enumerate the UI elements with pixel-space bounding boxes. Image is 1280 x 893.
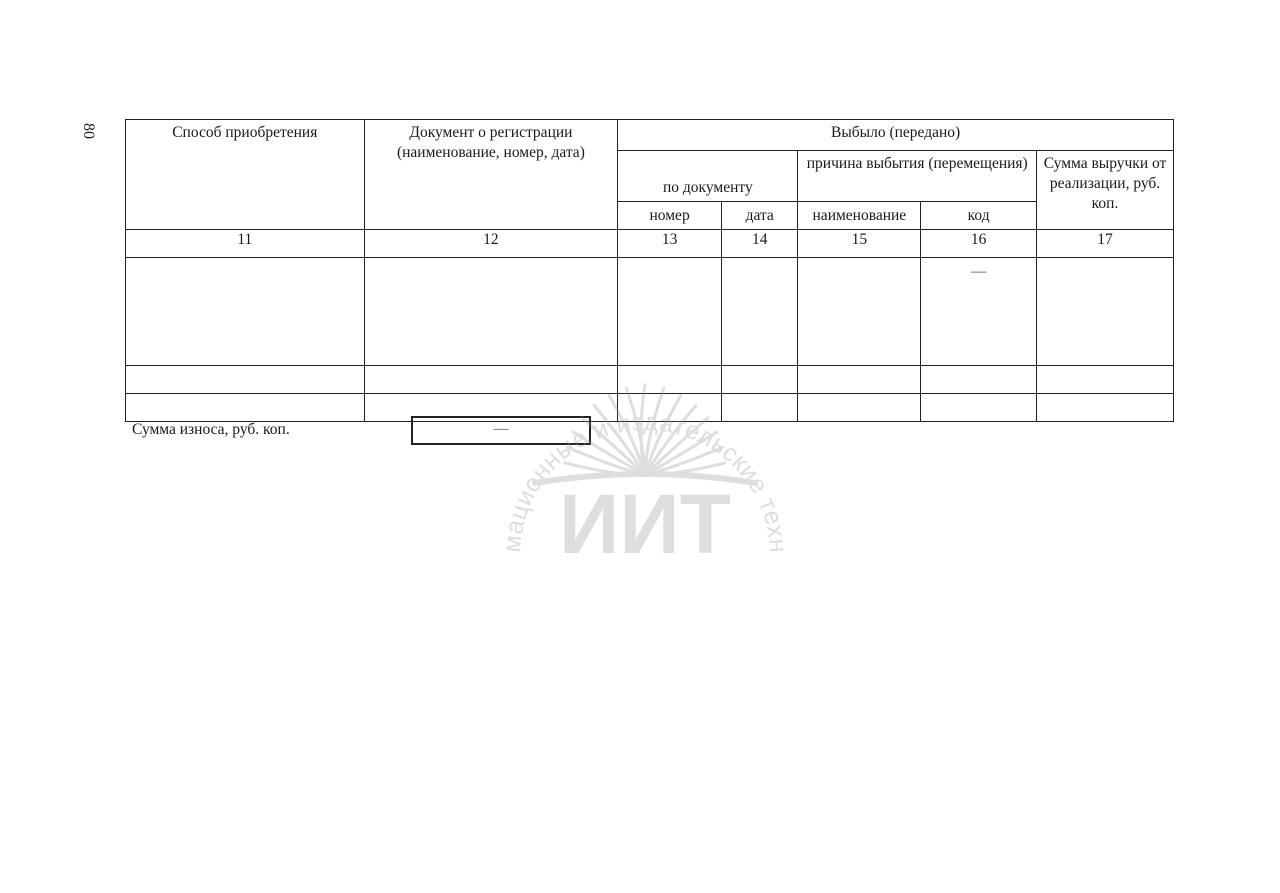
wear-amount-label: Сумма износа, руб. коп. <box>132 421 290 439</box>
cell-revenue[interactable] <box>1037 394 1174 422</box>
column-numbers-row: 11 12 13 14 15 16 17 <box>126 230 1174 258</box>
column-number: 14 <box>721 230 798 258</box>
header-by-document: по документу <box>618 151 798 202</box>
header-registration-document: Документ о регистрации (наименование, но… <box>364 120 618 230</box>
header-doc-number: номер <box>618 202 722 230</box>
cell-reason-code[interactable] <box>921 366 1037 394</box>
cell-doc-date[interactable] <box>721 258 798 366</box>
table-row <box>126 394 1174 422</box>
cell-acquisition-method[interactable] <box>126 366 365 394</box>
header-reason-name: наименование <box>798 202 921 230</box>
cell-reason-name[interactable] <box>798 394 921 422</box>
cell-registration-document[interactable] <box>364 366 618 394</box>
wear-amount-field[interactable]: — <box>411 416 591 445</box>
header-doc-date: дата <box>721 202 798 230</box>
cell-doc-date[interactable] <box>721 394 798 422</box>
watermark-logo-text: ИИТ <box>559 477 731 565</box>
column-number: 12 <box>364 230 618 258</box>
column-number: 17 <box>1037 230 1174 258</box>
cell-revenue[interactable] <box>1037 366 1174 394</box>
table-row: — <box>126 258 1174 366</box>
header-disposal-reason: причина выбытия (перемещения) <box>798 151 1037 202</box>
disposal-table: Способ приобретения Документ о регистрац… <box>125 119 1174 422</box>
table-row <box>126 366 1174 394</box>
dash-value: — <box>971 262 987 282</box>
cell-reason-code[interactable]: — <box>921 258 1037 366</box>
page-number: 80 <box>79 123 97 139</box>
cell-reason-code[interactable] <box>921 394 1037 422</box>
cell-registration-document[interactable] <box>364 258 618 366</box>
cell-doc-number[interactable] <box>618 366 722 394</box>
cell-reason-name[interactable] <box>798 366 921 394</box>
header-acquisition-method: Способ приобретения <box>126 120 365 230</box>
column-number: 13 <box>618 230 722 258</box>
column-number: 11 <box>126 230 365 258</box>
cell-doc-date[interactable] <box>721 366 798 394</box>
cell-doc-number[interactable] <box>618 258 722 366</box>
column-number: 15 <box>798 230 921 258</box>
header-disposed: Выбыло (передано) <box>618 120 1174 151</box>
cell-revenue[interactable] <box>1037 258 1174 366</box>
cell-reason-name[interactable] <box>798 258 921 366</box>
cell-acquisition-method[interactable] <box>126 258 365 366</box>
cell-acquisition-method[interactable] <box>126 394 365 422</box>
header-revenue: Сумма выручки от реализации, руб. коп. <box>1037 151 1174 230</box>
header-reason-code: код <box>921 202 1037 230</box>
column-number: 16 <box>921 230 1037 258</box>
cell-doc-number[interactable] <box>618 394 722 422</box>
